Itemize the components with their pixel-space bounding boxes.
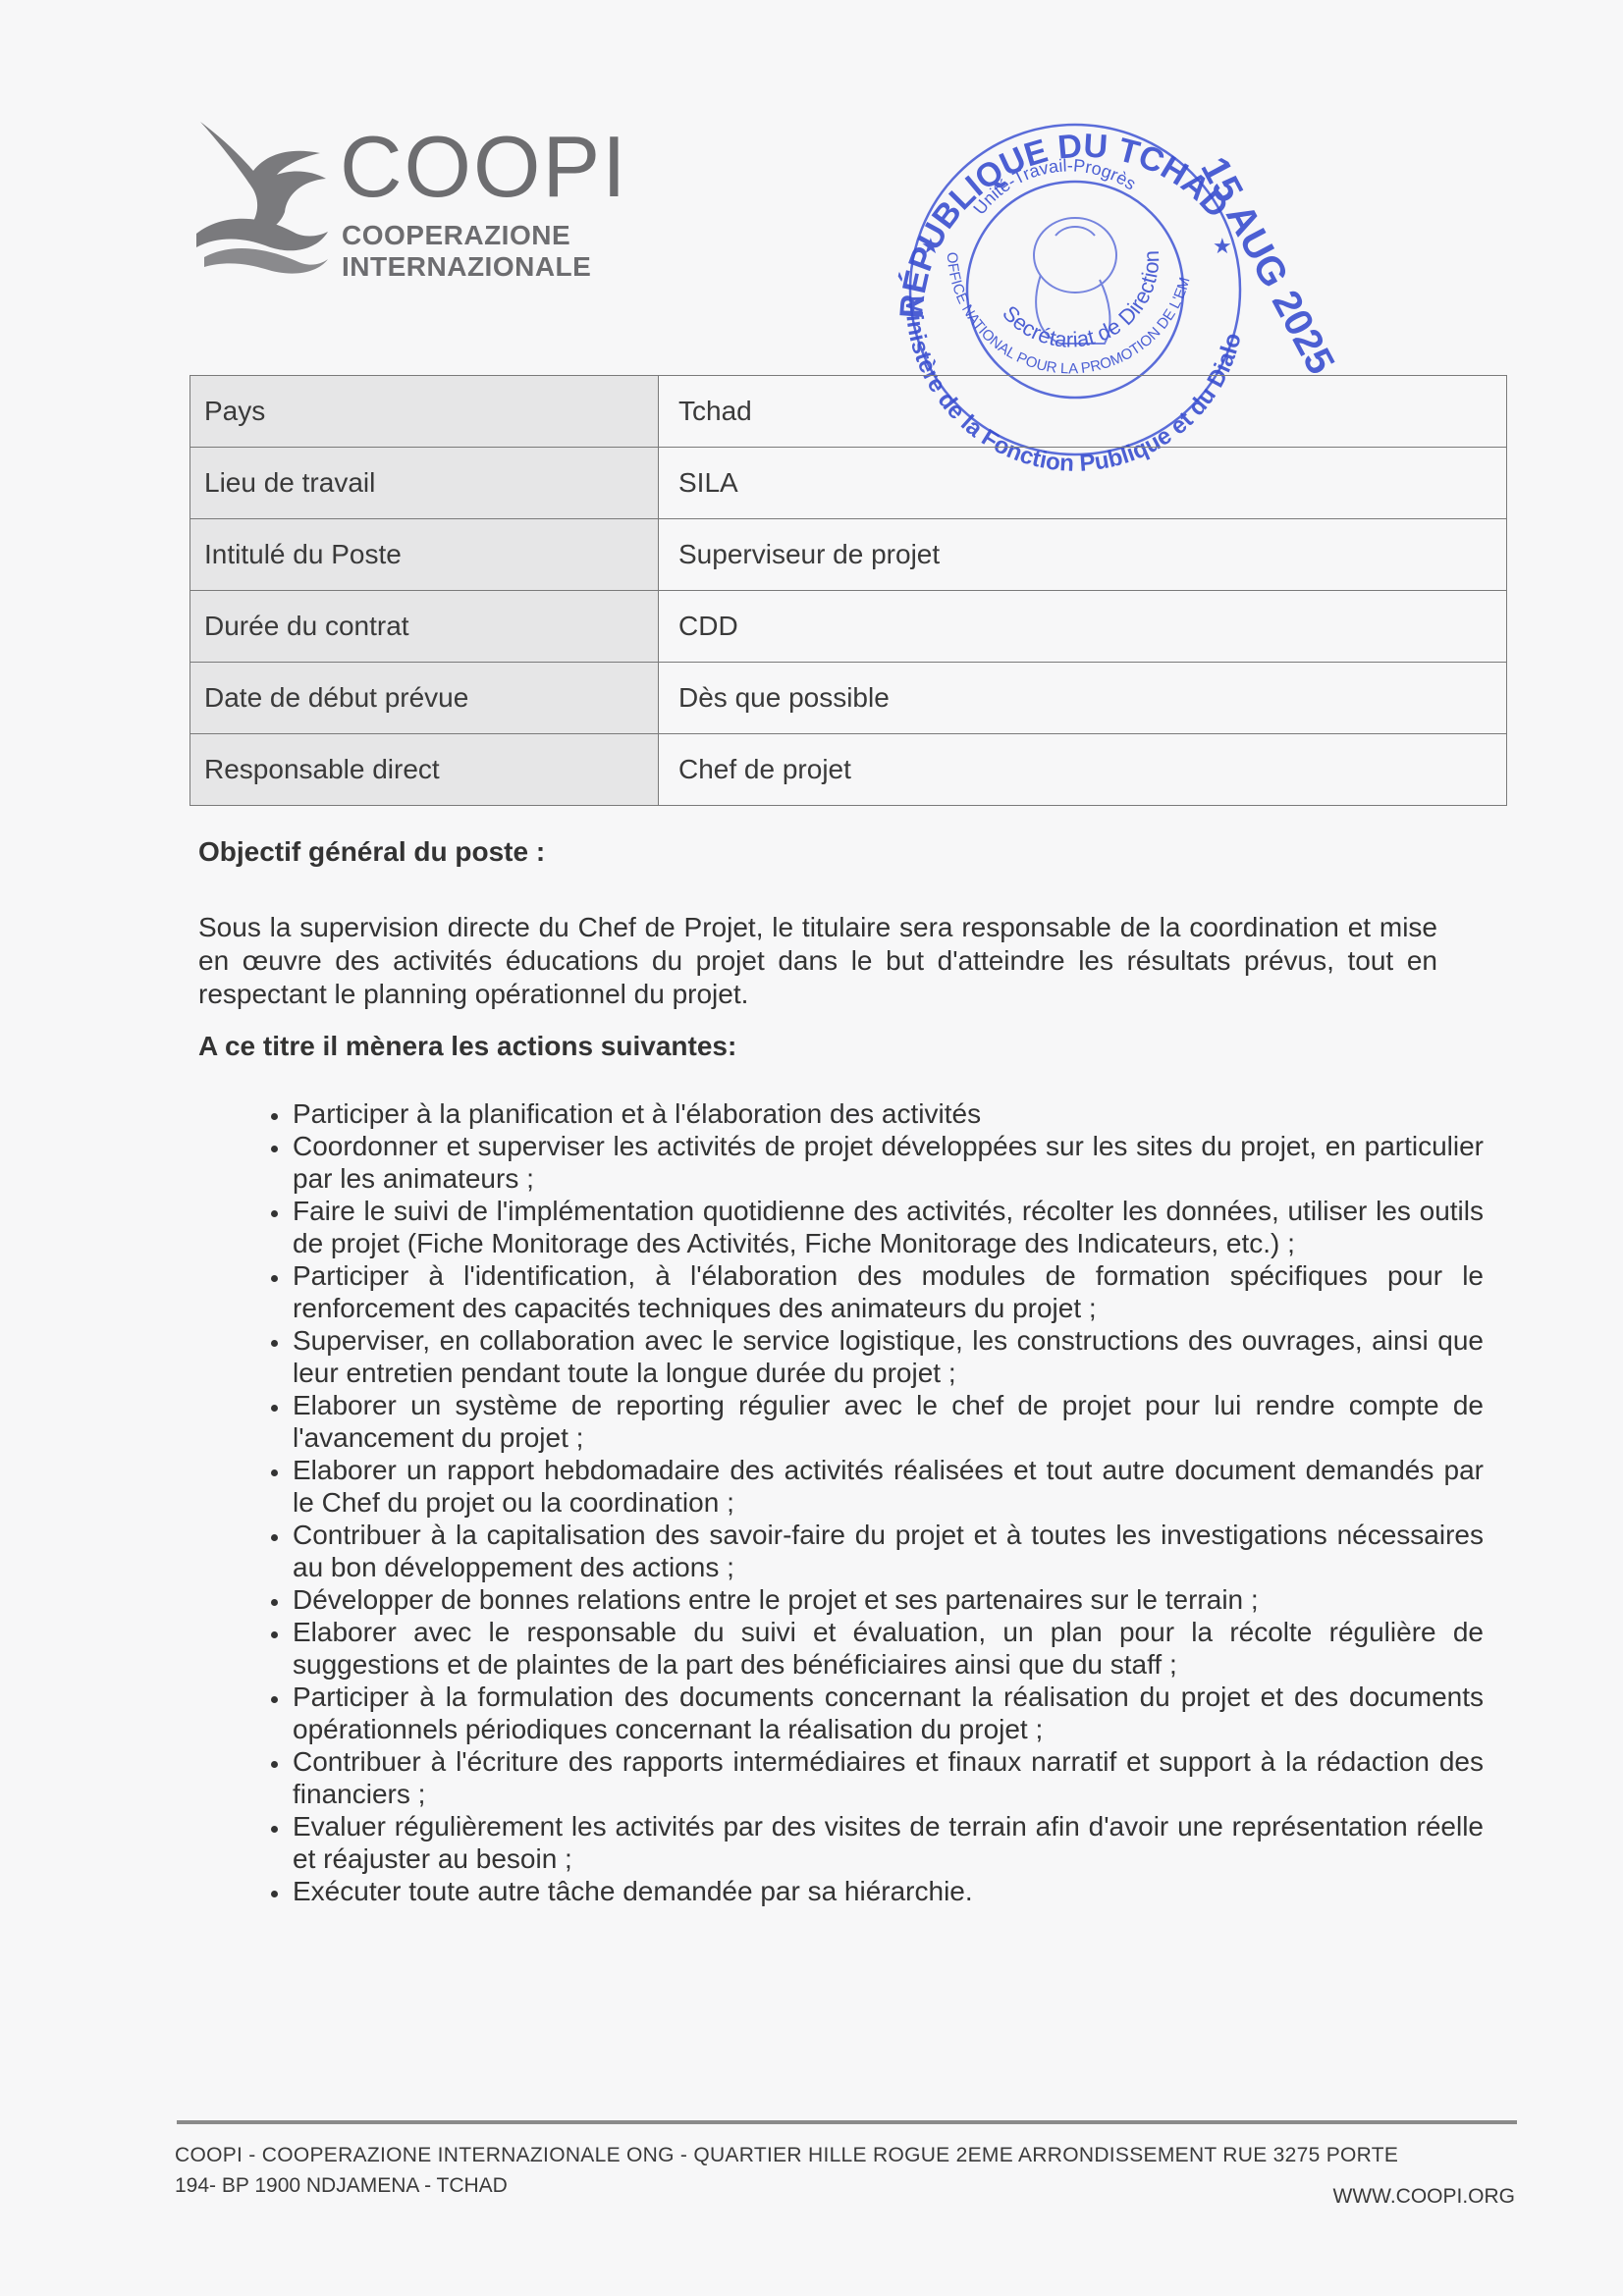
table-row: Intitulé du Poste Superviseur de projet [190,519,1507,591]
list-item: Superviser, en collaboration avec le ser… [291,1324,1484,1389]
actions-heading: A ce titre il mènera les actions suivant… [198,1031,736,1062]
row-label: Responsable direct [190,734,659,806]
coopi-logo: COOPI COOPERAZIONE INTERNAZIONALE [194,110,626,287]
row-value: Tchad [659,376,1507,448]
row-label: Date de début prévue [190,663,659,734]
list-item: Contribuer à la capitalisation des savoi… [291,1519,1484,1583]
list-item: Participer à l'identification, à l'élabo… [291,1259,1484,1324]
table-row: Responsable direct Chef de projet [190,734,1507,806]
list-item: Exécuter toute autre tâche demandée par … [291,1875,1484,1907]
footer-divider [177,2120,1517,2124]
row-label: Intitulé du Poste [190,519,659,591]
list-item: Elaborer avec le responsable du suivi et… [291,1616,1484,1681]
table-row: Durée du contrat CDD [190,591,1507,663]
list-item: Elaborer un système de reporting régulie… [291,1389,1484,1454]
table-row: Lieu de travail SILA [190,448,1507,519]
table-row: Date de début prévue Dès que possible [190,663,1507,734]
actions-list: Participer à la planification et à l'éla… [245,1097,1484,1907]
logo-line-1: COOPERAZIONE [342,220,570,251]
objective-text: Sous la supervision directe du Chef de P… [198,911,1437,1011]
job-info-table: Pays Tchad Lieu de travail SILA Intitulé… [189,375,1507,806]
logo-line-2: INTERNAZIONALE [342,251,591,283]
table-row: Pays Tchad [190,376,1507,448]
list-item: Evaluer régulièrement les activités par … [291,1810,1484,1875]
list-item: Développer de bonnes relations entre le … [291,1583,1484,1616]
list-item: Faire le suivi de l'implémentation quoti… [291,1195,1484,1259]
row-label: Pays [190,376,659,448]
row-label: Lieu de travail [190,448,659,519]
bird-wave-logo-icon [194,110,332,277]
list-item: Participer à la formulation des document… [291,1681,1484,1745]
svg-text:15 AUG 2025: 15 AUG 2025 [1192,150,1335,381]
footer-address-line-1: COOPI - COOPERAZIONE INTERNAZIONALE ONG … [175,2144,1398,2167]
row-value: Dès que possible [659,663,1507,734]
footer-address-line-2: 194- BP 1900 NDJAMENA - TCHAD [175,2174,508,2198]
row-value: Chef de projet [659,734,1507,806]
list-item: Contribuer à l'écriture des rapports int… [291,1745,1484,1810]
row-label: Durée du contrat [190,591,659,663]
svg-text:★: ★ [921,234,941,258]
list-item: Coordonner et superviser les activités d… [291,1130,1484,1195]
row-value: Superviseur de projet [659,519,1507,591]
logo-wordmark: COOPI [340,124,628,210]
objective-heading: Objectif général du poste : [198,836,545,868]
list-item: Elaborer un rapport hebdomadaire des act… [291,1454,1484,1519]
row-value: CDD [659,591,1507,663]
list-item: Participer à la planification et à l'éla… [291,1097,1484,1130]
footer-website-link[interactable]: WWW.COOPI.ORG [1333,2185,1515,2209]
row-value: SILA [659,448,1507,519]
document-page: COOPI COOPERAZIONE INTERNAZIONALE RÉPUBL… [0,0,1623,2296]
